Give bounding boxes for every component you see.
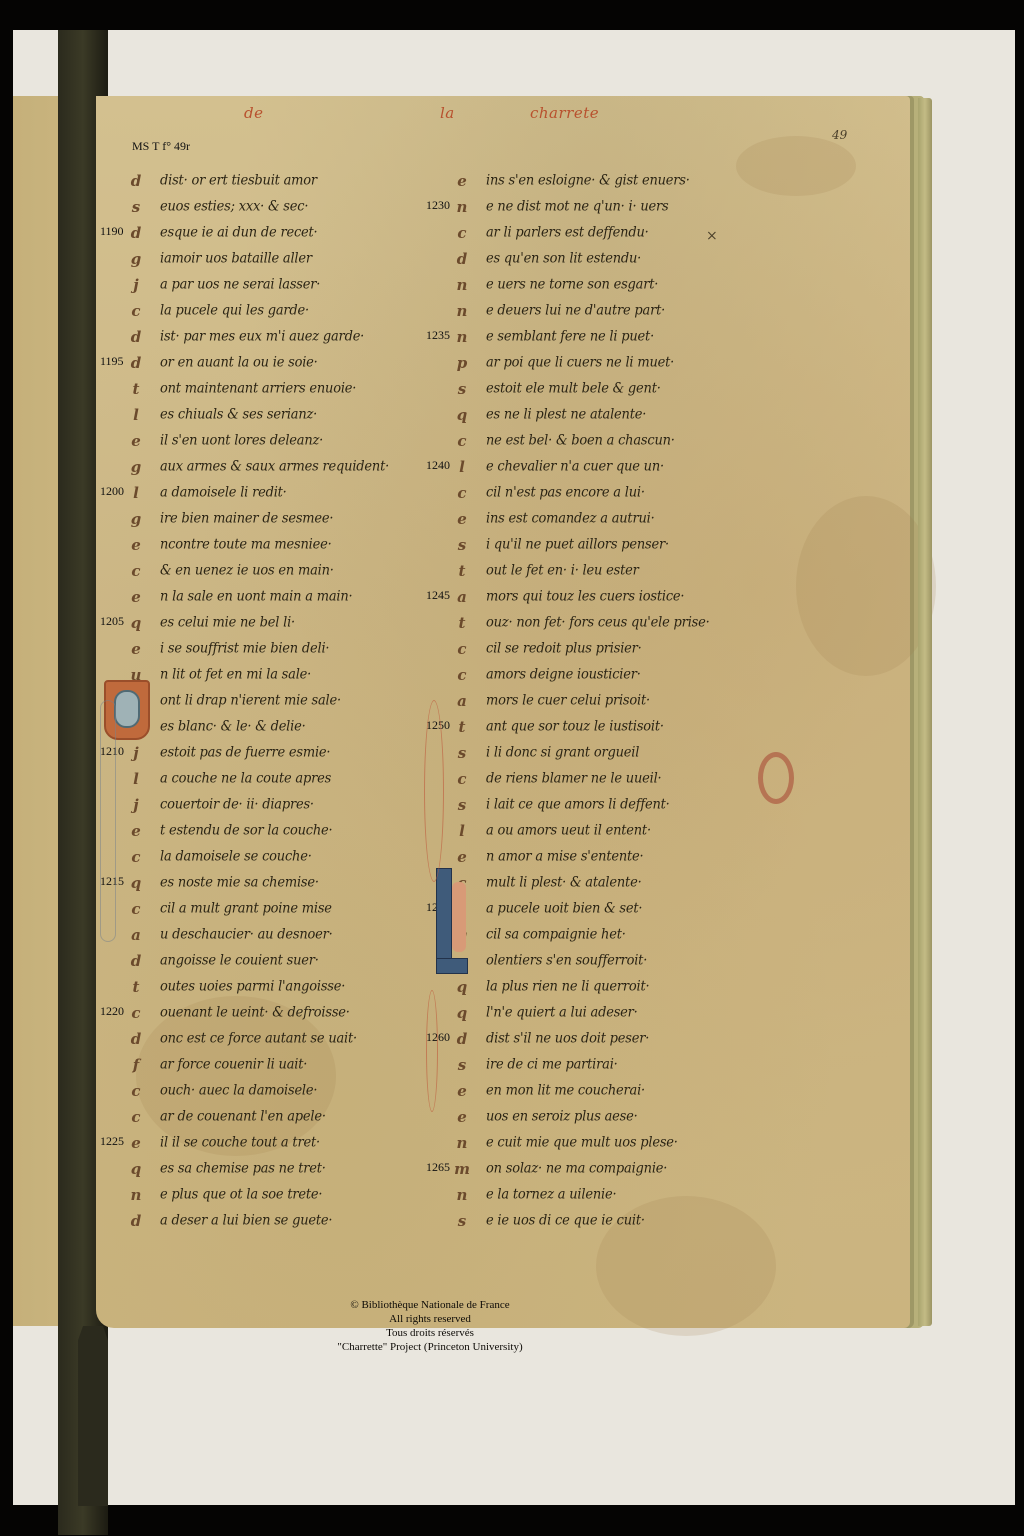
verse-text: ist· par mes eux m'i auez garde· [160,323,364,352]
verse-initial-letter: c [128,1078,144,1104]
verse-initial-letter: l [128,766,144,792]
verse-text: t estendu de sor la couche· [160,817,332,846]
verse-initial-letter: c [128,896,144,922]
verse-text: i lait ce que amors li deffent· [486,791,670,820]
verse-text: aux armes & saux armes requident· [160,453,389,482]
verse-text: e cuit mie que mult uos plese· [486,1129,678,1158]
verse-text: e chevalier n'a cuer que un· [486,453,664,482]
verse-text: ncontre toute ma mesniee· [160,531,332,560]
verse-initial-letter: a [128,922,144,948]
line-number: 1200 [100,481,124,501]
verse-initial-letter: g [128,454,144,480]
verse-text: cil se redoit plus prisier· [486,635,642,664]
line-number: 1195 [100,351,124,371]
verse-initial-letter: n [454,298,470,324]
verse-initial-letter: c [454,662,470,688]
line-number: 1230 [426,195,450,215]
verse-initial-letter: q [128,610,144,636]
verse-text: cil sa compaignie het· [486,921,626,950]
verse-text: n lit ot fet en mi la sale· [160,661,311,690]
verse-initial-letter: c [128,558,144,584]
verse-text: euos esties; xxx· & sec· [160,193,308,222]
verse-text: es chiuals & ses serianz· [160,401,317,430]
verse-text: outes uoies parmi l'angoisse· [160,973,345,1002]
verse-initial-letter: j [128,740,144,766]
line-number: 1265 [426,1157,450,1177]
verse-text: or en auant la ou ie soie· [160,349,318,378]
verse-initial-letter: n [454,272,470,298]
running-header-right: charrete [530,104,599,122]
page-stack-edge [918,98,932,1326]
verse-text: e ne dist mot ne q'un· i· uers [486,193,669,222]
verse-text: out le fet en· i· leu ester [486,557,639,586]
verse-text: dist s'il ne uos doit peser· [486,1025,649,1054]
verse-initial-letter: j [128,792,144,818]
verse-text: olentiers s'en soufferroit· [486,947,647,976]
verse-text: ire bien mainer de sesmee· [160,505,333,534]
verse-initial-letter: q [128,1156,144,1182]
verse-initial-letter: s [454,532,470,558]
verse-initial-letter: a [454,688,470,714]
verse-initial-letter: e [454,168,470,194]
verse-initial-letter: j [128,272,144,298]
verse-text: ont maintenant arriers enuoie· [160,375,356,404]
verse-initial-letter: l [128,402,144,428]
verse-initial-letter: s [454,376,470,402]
verse-text: a deser a lui bien se guete· [160,1207,332,1236]
verse-text: cil n'est pas encore a lui· [486,479,645,508]
line-number: 1190 [100,221,124,241]
verse-text: ins s'en esloigne· & gist enuers· [486,167,690,196]
verse-initial-letter: q [128,870,144,896]
verse-initial-letter: d [454,246,470,272]
verse-text: ar force couenir li uait· [160,1051,307,1080]
verse-text: iamoir uos bataille aller [160,245,312,274]
verse-text: la damoisele se couche· [160,843,312,872]
verse-initial-letter: t [454,558,470,584]
verse-text: es noste mie sa chemise· [160,869,319,898]
verse-text: u deschaucier· au desnoer· [160,921,333,950]
verse-initial-letter: e [128,428,144,454]
verse-text: cil a mult grant poine mise [160,895,332,924]
verse-text: es blanc· & le· & delie· [160,713,306,742]
folio-number: 49 [832,128,847,142]
verse-text: esque ie ai dun de recet· [160,219,318,248]
verse-initial-letter: e [454,506,470,532]
verse-initial-letter: n [454,1182,470,1208]
verse-text: il il se couche tout a tret· [160,1129,320,1158]
red-pen-flourish-lower [426,990,438,1112]
verse-initial-letter: c [128,1104,144,1130]
running-header-left: de [244,104,263,122]
verse-text: a par uos ne serai lasser· [160,271,320,300]
verse-text: i li donc si grant orgueil [486,739,639,768]
verse-initial-letter: c [128,844,144,870]
verse-text: la pucele qui les garde· [160,297,309,326]
verse-initial-letter: c [128,298,144,324]
verse-initial-letter: q [454,1000,470,1026]
verse-initial-letter: d [128,948,144,974]
verse-text: ar poi que li cuers ne li muet· [486,349,674,378]
verse-text: & en uenez ie uos en main· [160,557,334,586]
verse-text: l'n'e quiert a lui adeser· [486,999,638,1028]
verse-initial-letter: n [128,1182,144,1208]
margin-cross-mark: × [706,228,718,244]
verse-text: amors deigne iousticier· [486,661,641,690]
verse-text: a couche ne la coute apres [160,765,331,794]
line-number: 1240 [426,455,450,475]
verse-initial-letter: s [128,194,144,220]
verse-initial-letter: e [128,636,144,662]
verse-text: e semblant fere ne li puet· [486,323,654,352]
verse-text: ar de couenant l'en apele· [160,1103,326,1132]
verse-initial-letter: l [454,454,470,480]
verse-text: es sa chemise pas ne tret· [160,1155,326,1184]
verse-text: ne est bel· & boen a chascun· [486,427,675,456]
verse-initial-letter: n [454,1130,470,1156]
verse-initial-letter: p [454,350,470,376]
verse-initial-letter: c [128,1000,144,1026]
verse-initial-letter: d [128,1208,144,1234]
verse-initial-letter: s [454,1052,470,1078]
verse-text: e ie uos di ce que ie cuit· [486,1207,645,1236]
verse-initial-letter: a [454,584,470,610]
verse-text: ins est comandez a autrui· [486,505,655,534]
illuminated-initial-l [432,862,464,982]
line-number: 1220 [100,1001,124,1021]
verse-text: i qu'il ne puet aillors penser· [486,531,669,560]
verse-text: a pucele uoit bien & set· [486,895,642,924]
verse-text: onc est ce force autant se uait· [160,1025,357,1054]
verse-initial-letter: f [128,1052,144,1078]
verse-initial-letter: t [128,376,144,402]
copyright-line-1: © Bibliothèque Nationale de France [300,1298,560,1312]
verse-text: on solaz· ne ma compaignie· [486,1155,667,1184]
copyright-notice: © Bibliothèque Nationale de France All r… [300,1298,560,1354]
line-number: 1235 [426,325,450,345]
verse-initial-letter: s [454,792,470,818]
verse-initial-letter: m [454,1156,470,1182]
verse-initial-letter: q [454,402,470,428]
verse-text: a damoisele li redit· [160,479,287,508]
verse-initial-letter: d [128,1026,144,1052]
verse-text: es qu'en son lit estendu· [486,245,641,274]
verse-initial-letter: d [128,168,144,194]
red-pen-flourish [424,700,444,882]
copyright-line-4: "Charrette" Project (Princeton Universit… [300,1340,560,1354]
verse-initial-letter: e [454,1078,470,1104]
verse-text: mors qui touz les cuers iostice· [486,583,684,612]
verse-initial-letter: l [454,818,470,844]
verse-text: de riens blamer ne le uueil· [486,765,661,794]
verse-text: n amor a mise s'entente· [486,843,643,872]
verse-initial-letter: d [128,350,144,376]
copyright-line-3: Tous droits réservés [300,1326,560,1340]
faded-initial-o [758,752,794,804]
verse-text: couertoir de· ii· diapres· [160,791,314,820]
verse-initial-letter: d [128,220,144,246]
copyright-line-2: All rights reserved [300,1312,560,1326]
verse-text: e deuers lui ne d'autre part· [486,297,665,326]
verse-initial-letter: c [454,428,470,454]
verse-initial-letter: c [454,480,470,506]
verse-initial-letter: e [128,532,144,558]
verse-text: la plus rien ne li querroit· [486,973,649,1002]
line-number: 1205 [100,611,124,631]
verse-text: ouch· auec la damoisele· [160,1077,317,1106]
verse-text: e la tornez a uilenie· [486,1181,616,1210]
verse-initial-letter: t [454,610,470,636]
verse-text: uos en seroiz plus aese· [486,1103,638,1132]
verse-initial-letter: c [454,766,470,792]
verse-text: mult li plest· & atalente· [486,869,642,898]
line-number: 1225 [100,1131,124,1151]
verse-initial-letter: d [454,1026,470,1052]
verse-text: es celui mie ne bel li· [160,609,295,638]
verse-initial-letter: c [454,220,470,246]
verse-initial-letter: t [454,714,470,740]
verse-initial-letter: t [128,974,144,1000]
verse-initial-letter: e [128,584,144,610]
verse-text: estoit pas de fuerre esmie· [160,739,330,768]
verse-text: ouenant le ueint· & defroisse· [160,999,350,1028]
verse-initial-letter: n [454,324,470,350]
initial-flourish [100,700,116,942]
verse-text: il s'en uont lores deleanz· [160,427,323,456]
verse-initial-letter: g [128,246,144,272]
verse-initial-letter: e [128,1130,144,1156]
verse-initial-letter: s [454,740,470,766]
verse-text: n la sale en uont main a main· [160,583,352,612]
line-number: 1245 [426,585,450,605]
verse-text: e uers ne torne son esgart· [486,271,658,300]
verse-initial-letter: l [128,480,144,506]
verse-text: e plus que ot la soe trete· [160,1181,322,1210]
verse-initial-letter: e [128,818,144,844]
verse-initial-letter: e [454,1104,470,1130]
verse-text: ar li parlers est deffendu· [486,219,649,248]
verse-initial-letter: s [454,1208,470,1234]
running-header-center: la [440,104,455,122]
verse-text: ont li drap n'ierent mie sale· [160,687,341,716]
verse-text: a ou amors ueut il entent· [486,817,651,846]
verse-text: mors le cuer celui prisoit· [486,687,650,716]
verse-text: dist· or ert tiesbuit amor [160,167,317,196]
verse-text: estoit ele mult bele & gent· [486,375,661,404]
verse-text: es ne li plest ne atalente· [486,401,646,430]
verse-text: ant que sor touz le iustisoit· [486,713,664,742]
verse-initial-letter: d [128,324,144,350]
verse-text: en mon lit me coucherai· [486,1077,645,1106]
shelfmark-label: MS T f° 49r [132,139,190,154]
verse-initial-letter: n [454,194,470,220]
verse-text: angoisse le couient suer· [160,947,319,976]
verse-initial-letter: c [454,636,470,662]
verse-initial-letter: g [128,506,144,532]
verse-text: ire de ci me partirai· [486,1051,618,1080]
verse-text: ouz· non fet· fors ceus qu'ele prise· [486,609,710,638]
verse-text: i se souffrist mie bien deli· [160,635,329,664]
